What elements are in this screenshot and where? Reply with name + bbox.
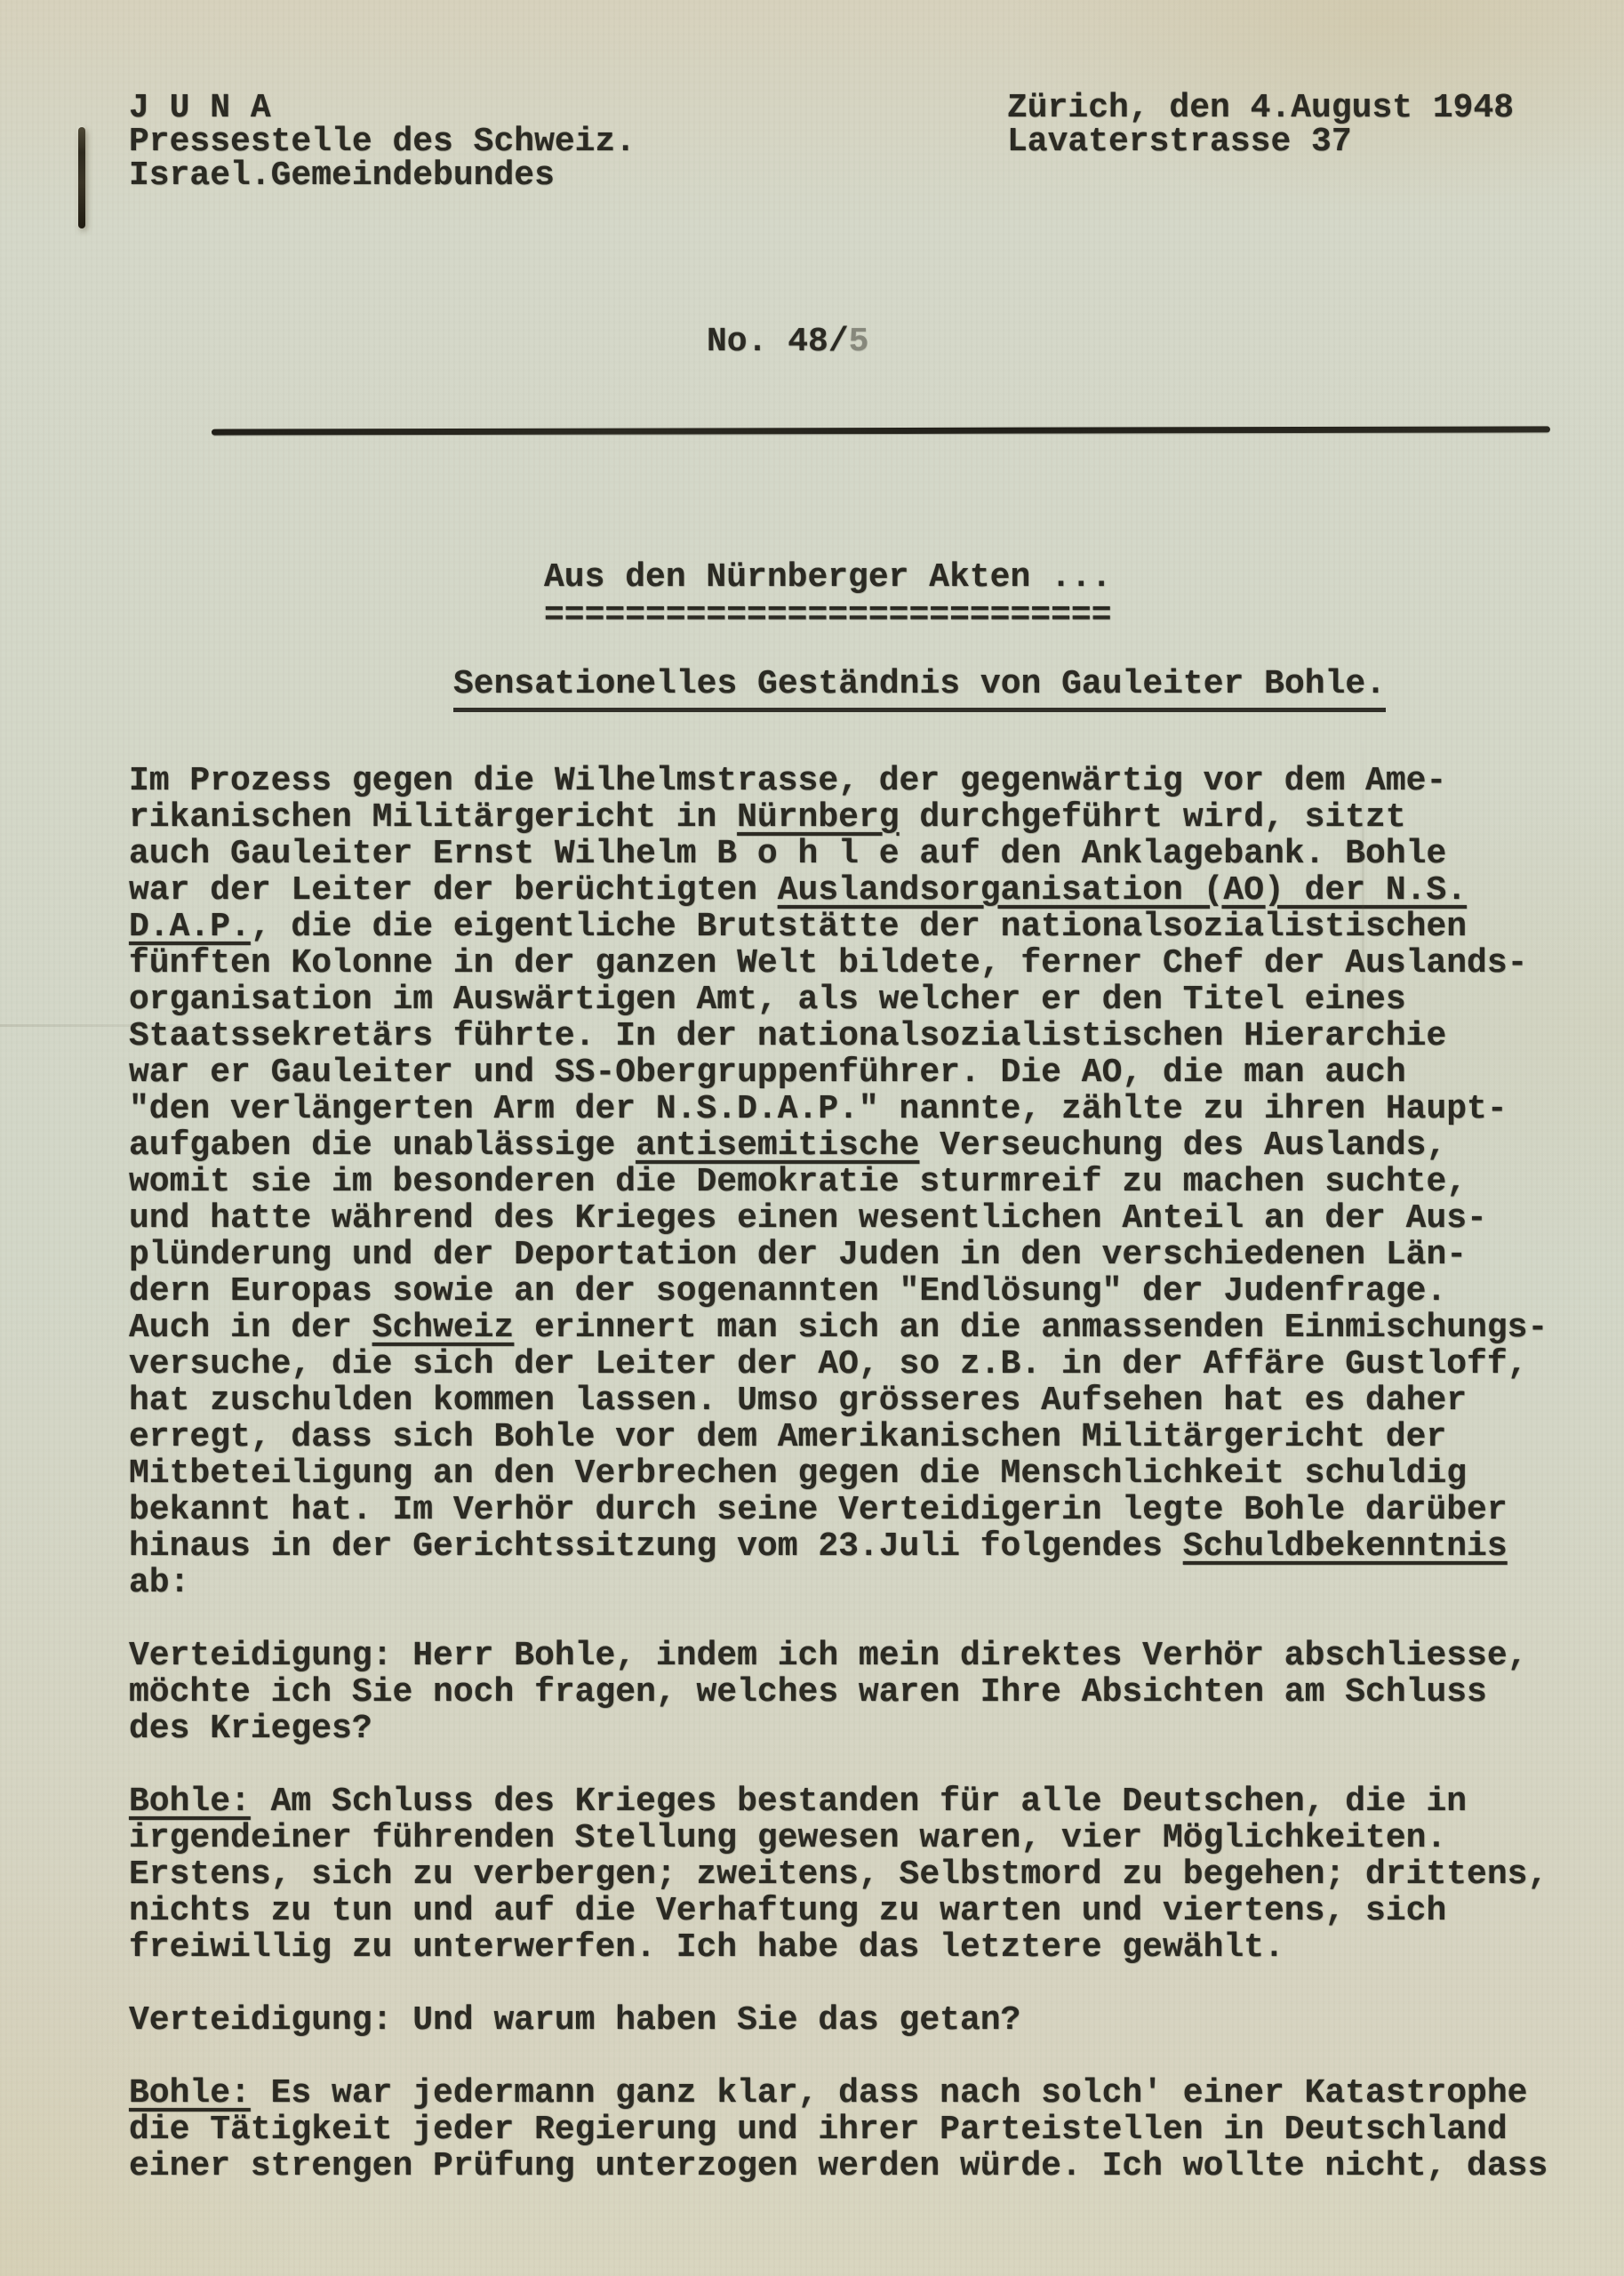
- paragraph: Bohle: Am Schluss des Krieges bestanden …: [129, 1783, 1548, 1966]
- text-line: möchte ich Sie noch fragen, welches ware…: [129, 1674, 1548, 1711]
- text-line: hat zuschulden kommen lassen. Umso gröss…: [129, 1382, 1548, 1419]
- street-address: Lavaterstrasse 37: [1007, 125, 1514, 159]
- underlined-text: Schuldbekenntnis: [1183, 1527, 1508, 1566]
- underlined-text: Bohle:: [129, 2074, 251, 2112]
- text-line: erregt, dass sich Bohle vor dem Amerikan…: [129, 1419, 1548, 1455]
- text-line: war er Gauleiter und SS-Obergruppenführe…: [129, 1054, 1548, 1091]
- paragraph: Verteidigung: Herr Bohle, indem ich mein…: [129, 1638, 1548, 1747]
- text-line: irgendeiner führenden Stellung gewesen w…: [129, 1820, 1548, 1856]
- text-line: Erstens, sich zu verbergen; zweitens, Se…: [129, 1856, 1548, 1893]
- reference-number-faint: 5: [849, 323, 869, 361]
- text-segment: hinaus in der Gerichtssitzung vom 23.Jul…: [129, 1527, 1183, 1566]
- paragraph: Im Prozess gegen die Wilhelmstrasse, der…: [129, 763, 1548, 1601]
- text-segment: plünderung und der Deportation der Juden…: [129, 1236, 1467, 1274]
- text-segment: organisation im Auswärtigen Amt, als wel…: [129, 981, 1406, 1019]
- text-segment: dern Europas sowie an der sogenannten "E…: [129, 1272, 1446, 1310]
- reference-prefix: No. 48/: [707, 323, 849, 361]
- underlined-text: antisemitische: [636, 1126, 919, 1165]
- underlined-text: Auslandsorganisation (AO) der N.S.: [778, 871, 1467, 910]
- text-segment: hat zuschulden kommen lassen. Umso gröss…: [129, 1382, 1467, 1420]
- text-line: dern Europas sowie an der sogenannten "E…: [129, 1273, 1548, 1310]
- underlined-text: D.A.P.: [129, 908, 251, 946]
- dateline-block: Zürich, den 4.August 1948 Lavaterstrasse…: [1007, 92, 1514, 159]
- text-line: versuche, die sich der Leiter der AO, so…: [129, 1346, 1548, 1382]
- text-segment: irgendeiner führenden Stellung gewesen w…: [129, 1819, 1446, 1857]
- text-segment: Auch in der: [129, 1309, 372, 1347]
- text-line: Staatssekretärs führte. In der nationals…: [129, 1018, 1548, 1054]
- text-line: fünften Kolonne in der ganzen Welt bilde…: [129, 945, 1548, 982]
- text-segment: Verseuchung des Auslands,: [919, 1126, 1446, 1165]
- text-segment: des Krieges?: [129, 1710, 372, 1748]
- text-line: plünderung und der Deportation der Juden…: [129, 1237, 1548, 1273]
- text-segment: Verteidigung: Herr Bohle, indem ich mein…: [129, 1637, 1527, 1675]
- text-segment: rikanischen Militärgericht in: [129, 798, 737, 837]
- underlined-text: Schweiz: [372, 1309, 515, 1347]
- text-line: D.A.P., die die eigentliche Brutstätte d…: [129, 909, 1548, 945]
- text-segment: und hatte während des Krieges einen wese…: [129, 1199, 1487, 1238]
- text-segment: ab:: [129, 1564, 189, 1602]
- text-line: rikanischen Militärgericht in Nürnberg d…: [129, 799, 1548, 836]
- text-line: ab:: [129, 1565, 1548, 1601]
- document-subtitle: Sensationelles Geständnis von Gauleiter …: [453, 665, 1386, 712]
- paragraph: Verteidigung: Und warum haben Sie das ge…: [129, 2002, 1548, 2039]
- text-line: und hatte während des Krieges einen wese…: [129, 1200, 1548, 1237]
- text-line: Auch in der Schweiz erinnert man sich an…: [129, 1310, 1548, 1346]
- text-segment: versuche, die sich der Leiter der AO, so…: [129, 1345, 1527, 1383]
- text-line: Verteidigung: Und warum haben Sie das ge…: [129, 2002, 1548, 2039]
- text-line: Bohle: Am Schluss des Krieges bestanden …: [129, 1783, 1548, 1820]
- text-segment: fünften Kolonne in der ganzen Welt bilde…: [129, 944, 1527, 982]
- text-line: die Tätigkeit jeder Regierung und ihrer …: [129, 2112, 1548, 2148]
- text-line: des Krieges?: [129, 1711, 1548, 1747]
- text-segment: bekannt hat. Im Verhör durch seine Verte…: [129, 1491, 1508, 1529]
- body-text: Im Prozess gegen die Wilhelmstrasse, der…: [129, 763, 1548, 2184]
- text-segment: auch Gauleiter Ernst Wilhelm B o h l e a…: [129, 835, 1446, 873]
- text-line: Im Prozess gegen die Wilhelmstrasse, der…: [129, 763, 1548, 799]
- text-segment: "den verlängerten Arm der N.S.D.A.P." na…: [129, 1090, 1508, 1128]
- text-segment: freiwillig zu unterwerfen. Ich habe das …: [129, 1928, 1284, 1967]
- document-page: J U N A Pressestelle des Schweiz. Israel…: [0, 0, 1624, 2276]
- text-segment: nichts zu tun und auf die Verhaftung zu …: [129, 1892, 1446, 1930]
- text-line: bekannt hat. Im Verhör durch seine Verte…: [129, 1492, 1548, 1528]
- text-line: war der Leiter der berüchtigten Auslands…: [129, 872, 1548, 909]
- sender-name: J U N A: [129, 92, 636, 125]
- title-underline-row: ============================: [544, 597, 1112, 635]
- text-segment: erregt, dass sich Bohle vor dem Amerikan…: [129, 1418, 1446, 1456]
- paragraph: Bohle: Es war jedermann ganz klar, dass …: [129, 2075, 1548, 2184]
- staple: [78, 127, 85, 228]
- title-block: Aus den Nürnberger Akten ... ===========…: [544, 558, 1112, 635]
- text-segment: Verteidigung: Und warum haben Sie das ge…: [129, 2001, 1020, 2040]
- text-segment: war der Leiter der berüchtigten: [129, 871, 778, 910]
- text-segment: war er Gauleiter und SS-Obergruppenführe…: [129, 1054, 1406, 1092]
- text-segment: Es war jedermann ganz klar, dass nach so…: [251, 2074, 1528, 2112]
- text-line: organisation im Auswärtigen Amt, als wel…: [129, 982, 1548, 1018]
- text-line: Bohle: Es war jedermann ganz klar, dass …: [129, 2075, 1548, 2112]
- text-segment: Staatssekretärs führte. In der nationals…: [129, 1017, 1446, 1055]
- text-segment: möchte ich Sie noch fragen, welches ware…: [129, 1673, 1487, 1711]
- text-segment: aufgaben die unablässige: [129, 1126, 636, 1165]
- text-line: Mitbeteiligung an den Verbrechen gegen d…: [129, 1455, 1548, 1492]
- sender-block: J U N A Pressestelle des Schweiz. Israel…: [129, 92, 636, 193]
- text-segment: Im Prozess gegen die Wilhelmstrasse, der…: [129, 762, 1446, 800]
- text-line: hinaus in der Gerichtssitzung vom 23.Jul…: [129, 1528, 1548, 1565]
- text-line: Verteidigung: Herr Bohle, indem ich mein…: [129, 1638, 1548, 1674]
- text-line: einer strengen Prüfung unterzogen werden…: [129, 2148, 1548, 2184]
- text-segment: die Tätigkeit jeder Regierung und ihrer …: [129, 2111, 1508, 2149]
- text-segment: einer strengen Prüfung unterzogen werden…: [129, 2147, 1548, 2185]
- document-subtitle-text: Sensationelles Geständnis von Gauleiter …: [453, 665, 1386, 712]
- underlined-text: Nürnberg: [737, 798, 899, 837]
- text-segment: durchgeführt wird, sitzt: [900, 798, 1406, 837]
- text-segment: womit sie im besonderen die Demokratie s…: [129, 1163, 1467, 1201]
- text-segment: , die die eigentliche Brutstätte der nat…: [251, 908, 1467, 946]
- place-and-date: Zürich, den 4.August 1948: [1007, 92, 1514, 125]
- text-line: "den verlängerten Arm der N.S.D.A.P." na…: [129, 1091, 1548, 1127]
- sender-organization: Israel.Gemeindebundes: [129, 159, 636, 193]
- text-line: aufgaben die unablässige antisemitische …: [129, 1127, 1548, 1164]
- underlined-text: Bohle:: [129, 1783, 251, 1821]
- divider-rule: [212, 426, 1550, 435]
- text-segment: Mitbeteiligung an den Verbrechen gegen d…: [129, 1455, 1467, 1493]
- text-segment: Am Schluss des Krieges bestanden für all…: [251, 1783, 1467, 1821]
- reference-number: No. 48/5: [707, 323, 868, 361]
- document-title: Aus den Nürnberger Akten ...: [544, 558, 1112, 597]
- text-line: auch Gauleiter Ernst Wilhelm B o h l e a…: [129, 836, 1548, 872]
- text-segment: Erstens, sich zu verbergen; zweitens, Se…: [129, 1855, 1548, 1894]
- text-line: nichts zu tun und auf die Verhaftung zu …: [129, 1893, 1548, 1929]
- text-line: womit sie im besonderen die Demokratie s…: [129, 1164, 1548, 1200]
- sender-department: Pressestelle des Schweiz.: [129, 125, 636, 159]
- text-segment: erinnert man sich an die anmassenden Ein…: [514, 1309, 1548, 1347]
- text-line: freiwillig zu unterwerfen. Ich habe das …: [129, 1929, 1548, 1966]
